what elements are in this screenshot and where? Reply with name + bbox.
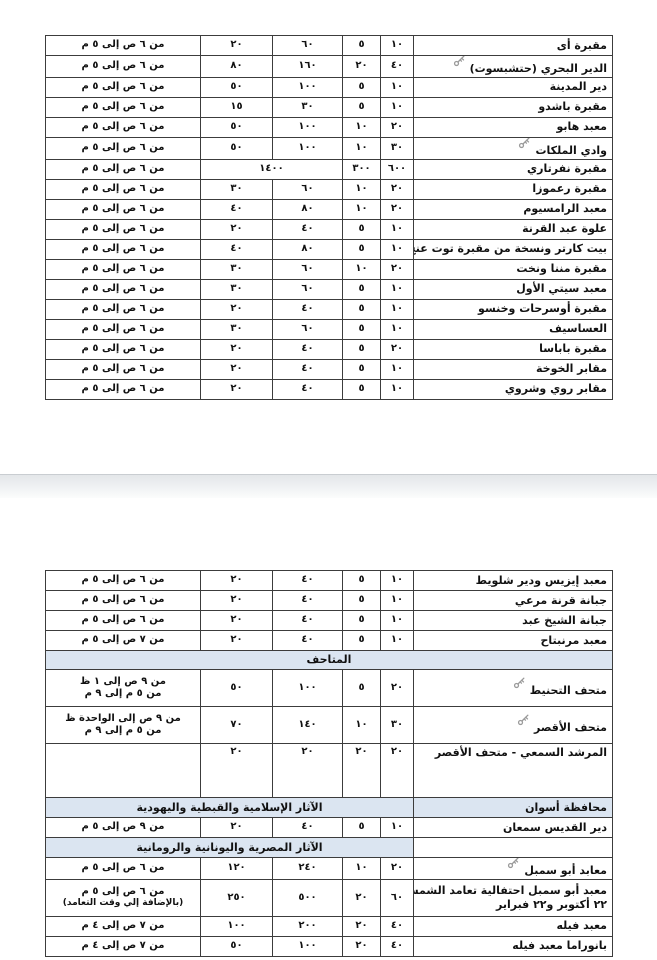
price-cell-egyptian: ٢٠ [381,179,414,199]
site-name-cell: جبانة الشيخ عبد [414,611,613,631]
price-row: معبد فيله٤٠٢٠٢٠٠١٠٠من ٧ ص إلى ٤ م [46,916,613,936]
site-name-line: معبد أبو سمبل احتفالية تعامد الشمس [416,884,607,898]
price-cell-egyptian-student: ٢٠ [343,916,381,936]
price-cell-egyptian-student: ٥ [343,339,381,359]
opening-hours-cell: من ٦ ص إلى ٥ م [46,611,201,631]
site-name: المرشد السمعي - متحف الأقصر [435,746,607,759]
site-name: معابد أبو سمبل [524,864,607,877]
site-name-cell: دير المدينة [414,77,613,97]
site-name-cell: جبانة قرنة مرعي [414,591,613,611]
key-icon [517,713,530,726]
site-name: بانوراما معبد فيله [512,939,607,952]
price-cell-egyptian-student: ٥ [343,379,381,399]
time-line: من ٦ ص إلى ٥ م [48,614,198,627]
site-name: معبد سيتي الأول [516,282,607,295]
price-cell-egyptian: ٦٠ [381,879,414,916]
price-cell-foreigner-student: ١٢٠ [201,858,273,880]
price-cell-foreigner-student: ٢٠ [201,339,273,359]
price-cell-egyptian: ٢٠ [381,339,414,359]
price-cell-foreigner: ٤٠ [273,299,343,319]
price-cell-foreigner: ٤٠ [273,339,343,359]
time-line: من ٥ م إلى ٩ م [48,688,198,701]
time-line: من ٦ ص إلى ٥ م [48,101,198,114]
price-cell-foreigner: ٨٠ [273,239,343,259]
price-cell-foreigner: ٤٠ [273,611,343,631]
price-cell-foreigner: ٤٠ [273,219,343,239]
price-cell-foreigner-student: ٧٠ [201,707,273,744]
time-line: من ٦ ص إلى ٥ م [48,142,198,155]
price-cell-foreigner: ١٠٠ [273,77,343,97]
price-cell-egyptian: ١٠ [381,379,414,399]
price-cell-egyptian: ٢٠ [381,744,414,798]
price-cell-egyptian: ١٠ [381,818,414,838]
price-row: مقبرة باباسا٢٠٥٤٠٢٠من ٦ ص إلى ٥ م [46,339,613,359]
price-cell-foreigner-student: ٣٠ [201,279,273,299]
opening-hours-cell: من ٦ ص إلى ٥ م [46,159,201,179]
price-cell-egyptian: ١٠ [381,319,414,339]
site-name-cell: مقبرة باشدو [414,97,613,117]
price-row: دير المدينة١٠٥١٠٠٥٠من ٦ ص إلى ٥ م [46,77,613,97]
time-line: (بالإضافة إلي وقت التعامد) [48,898,198,909]
opening-hours-cell: من ٦ ص إلى ٥ م [46,339,201,359]
opening-hours-cell: من ٦ ص إلى ٥ م [46,299,201,319]
section-header-row: محافظة أسوانالآثار الإسلامية والقبطية وا… [46,798,613,818]
price-cell-foreigner-student: ٢٠ [201,379,273,399]
opening-hours-cell: من ٧ ص إلى ٤ م [46,916,201,936]
opening-hours-cell: من ٦ ص إلى ٥ م [46,219,201,239]
opening-hours-cell: من ٦ ص إلى ٥ م [46,117,201,137]
price-cell-egyptian-student: ٥ [343,299,381,319]
price-row: معبد سيتي الأول١٠٥٦٠٣٠من ٦ ص إلى ٥ م [46,279,613,299]
opening-hours-cell: من ٦ ص إلى ٥ م [46,279,201,299]
price-cell-egyptian-student: ٥ [343,239,381,259]
price-cell-egyptian-student: ٥ [343,818,381,838]
site-name-cell: معبد سيتي الأول [414,279,613,299]
price-row: جبانة الشيخ عبد١٠٥٤٠٢٠من ٦ ص إلى ٥ م [46,611,613,631]
price-cell-egyptian-student: ١٠ [343,117,381,137]
site-name-cell: بانوراما معبد فيله [414,936,613,956]
price-row: معبد أبو سمبل احتفالية تعامد الشمس٢٢ أكت… [46,879,613,916]
price-cell-egyptian-student: ٥ [343,279,381,299]
site-name: جبانة قرنة مرعي [515,594,607,607]
site-name: مقابر روي وشروي [505,382,607,395]
time-line: من ٦ ص إلى ٥ م [48,574,198,587]
opening-hours-cell: من ٦ ص إلى ٥ م [46,239,201,259]
price-cell-foreigner: ٦٠ [273,179,343,199]
time-line: من ٦ ص إلى ٥ م [48,283,198,296]
price-row: مقبرة أى١٠٥٦٠٢٠من ٦ ص إلى ٥ م [46,36,613,56]
price-cell-foreigner-student: ٢٠ [201,571,273,591]
opening-hours-cell: من ٦ ص إلى ٥ م [46,179,201,199]
site-name-cell: متحف التحنيط [414,670,613,707]
site-name: علوة عبد القرنة [522,222,607,235]
site-name: بيت كارتر ونسخة من مقبرة توت عنخ آمون [414,242,608,255]
price-cell-egyptian: ١٠ [381,359,414,379]
price-cell-foreigner-student: ٢٠ [201,36,273,56]
price-cell-egyptian: ١٠ [381,219,414,239]
price-cell-foreigner: ٢٠ [273,744,343,798]
site-name: الدير البحري (حتشبسوت) [470,62,607,75]
site-name-line: ٢٢ أكتوبر و٢٢ فبراير [416,898,607,912]
price-cell-foreigner: ٨٠ [273,199,343,219]
price-cell-egyptian-student: ٢٠ [343,879,381,916]
price-cell-foreigner: ٤٠ [273,631,343,651]
key-icon [507,858,520,870]
opening-hours-cell: من ٦ ص إلى ٥ م [46,199,201,219]
site-name-cell: وادي الملكات [414,137,613,159]
price-cell-foreigner: ٤٠ [273,379,343,399]
site-name: مقبرة باشدو [538,100,607,113]
time-line: من ٦ ص إلى ٥ م [48,343,198,356]
price-cell-egyptian: ١٠ [381,77,414,97]
site-name: العساسيف [549,322,607,335]
price-cell-foreigner-student: ٢٠ [201,359,273,379]
price-cell-foreigner: ٤٠ [273,591,343,611]
opening-hours-cell [46,744,201,798]
price-cell-foreigner: ٤٠ [273,359,343,379]
price-cell-egyptian-student: ٥ [343,611,381,631]
price-cell-egyptian: ٤٠ [381,56,414,78]
price-cell-egyptian: ١٠ [381,239,414,259]
price-cell-foreigner-student: ٢٠ [201,299,273,319]
price-cell-egyptian-student: ٥ [343,36,381,56]
price-cell-foreigner-student: ٣٠ [201,259,273,279]
opening-hours-cell: من ٦ ص إلى ٥ م [46,858,201,880]
price-cell-egyptian-student: ٥ [343,219,381,239]
price-cell-foreigner-student: ٢٥٠ [201,879,273,916]
site-name-cell: مقبرة باباسا [414,339,613,359]
price-cell-egyptian-student: ٥ [343,77,381,97]
time-line: من ٦ ص إلى ٥ م [48,323,198,336]
price-cell-foreigner-student: ٢٠ [201,591,273,611]
price-cell-egyptian: ٤٠ [381,936,414,956]
price-cell-foreigner-student: ٢٠ [201,631,273,651]
price-cell-egyptian-student: ١٠ [343,137,381,159]
opening-hours-cell: من ٦ ص إلى ٥ م [46,259,201,279]
opening-hours-cell: من ٧ ص إلى ٥ م [46,631,201,651]
time-line: من ٦ ص إلى ٥ م [48,60,198,73]
price-cell-egyptian: ٢٠ [381,117,414,137]
site-name-cell: معبد الرامسيوم [414,199,613,219]
price-cell-egyptian-student: ٥ [343,591,381,611]
price-cell-egyptian-student: ٢٠ [343,744,381,798]
site-name: مقبرة أى [557,39,607,52]
site-name: متحف الأقصر [534,721,607,734]
price-cell-foreigner: ١٠٠ [273,117,343,137]
price-row: معبد الرامسيوم٢٠١٠٨٠٤٠من ٦ ص إلى ٥ م [46,199,613,219]
price-cell-foreigner: ٢٤٠ [273,858,343,880]
site-name-cell: مقابر الخوخة [414,359,613,379]
price-cell-egyptian-student: ٢٠ [343,936,381,956]
site-name-cell: بيت كارتر ونسخة من مقبرة توت عنخ آمون [414,239,613,259]
time-line: من ٦ ص إلى ٥ م [48,39,198,52]
price-row: علوة عبد القرنة١٠٥٤٠٢٠من ٦ ص إلى ٥ م [46,219,613,239]
price-cell-foreigner: ٦٠ [273,279,343,299]
price-cell-foreigner-student: ٥٠ [201,117,273,137]
site-name: دير المدينة [550,80,607,93]
section-header-cell: المتاحف [46,651,613,670]
site-name: معبد هابو [557,120,607,133]
price-cell-foreigner-student: ٥٠ [201,137,273,159]
site-name-cell: مقابر روي وشروي [414,379,613,399]
empty-name-cell [414,838,613,858]
price-cell-foreigner-student: ٥٠ [201,670,273,707]
price-cell-egyptian: ١٠ [381,97,414,117]
price-row: مقبرة نفرتاري٦٠٠٣٠٠١٤٠٠من ٦ ص إلى ٥ م [46,159,613,179]
price-cell-egyptian-student: ٥ [343,319,381,339]
price-cell-egyptian: ١٠ [381,631,414,651]
price-cell-foreigner: ١٦٠ [273,56,343,78]
opening-hours-cell: من ٦ ص إلى ٥ م [46,591,201,611]
price-row: معابد أبو سمبل٢٠١٠٢٤٠١٢٠من ٦ ص إلى ٥ م [46,858,613,880]
site-name-cell: مقبرة رعموزا [414,179,613,199]
price-cell-egyptian: ٣٠ [381,137,414,159]
price-cell-egyptian-student: ١٠ [343,179,381,199]
price-cell-foreigner: ٦٠ [273,36,343,56]
price-cell-foreigner: ٥٠٠ [273,879,343,916]
section-header-cell: الآثار الإسلامية والقبطية واليهودية [46,798,414,818]
time-line: من ٦ ص إلى ٥ م [48,183,198,196]
price-cell-foreigner: ٤٠ [273,571,343,591]
price-cell-foreigner-student: ٥٠ [201,936,273,956]
time-line: من ٦ ص إلى ٥ م [48,203,198,216]
price-row: متحف الأقصر٣٠١٠١٤٠٧٠من ٩ ص إلى الواحدة ظ… [46,707,613,744]
opening-hours-cell: من ٦ ص إلى ٥ م [46,319,201,339]
price-cell-foreigner: ١٠٠ [273,936,343,956]
price-row: معبد هابو٢٠١٠١٠٠٥٠من ٦ ص إلى ٥ م [46,117,613,137]
opening-hours-cell: من ٧ ص إلى ٤ م [46,936,201,956]
price-row: مقابر الخوخة١٠٥٤٠٢٠من ٦ ص إلى ٥ م [46,359,613,379]
price-row: بانوراما معبد فيله٤٠٢٠١٠٠٥٠من ٧ ص إلى ٤ … [46,936,613,956]
price-row: معبد مرنبتاح١٠٥٤٠٢٠من ٧ ص إلى ٥ م [46,631,613,651]
price-cell-egyptian-student: ١٠ [343,858,381,880]
time-line: من ٧ ص إلى ٤ م [48,940,198,953]
price-row: مقبرة مننا ونخت٢٠١٠٦٠٣٠من ٦ ص إلى ٥ م [46,259,613,279]
price-row: جبانة قرنة مرعي١٠٥٤٠٢٠من ٦ ص إلى ٥ م [46,591,613,611]
site-name: مقبرة مننا ونخت [516,262,607,275]
price-cell-egyptian: ١٠ [381,299,414,319]
site-name: معبد مرنبتاح [540,634,607,647]
time-line: من ٦ ص إلى ٥ م [48,594,198,607]
site-name-cell: معبد أبو سمبل احتفالية تعامد الشمس٢٢ أكت… [414,879,613,916]
price-cell-foreigner: ٦٠ [273,259,343,279]
price-cell-foreigner-student: ٢٠ [201,818,273,838]
site-name-cell: العساسيف [414,319,613,339]
price-cell-egyptian: ٤٠ [381,916,414,936]
time-line: من ٦ ص إلى ٥ م [48,81,198,94]
site-name: مقبرة رعموزا [532,182,607,195]
page-break-band [0,474,657,498]
price-row: المرشد السمعي - متحف الأقصر٢٠٢٠٢٠٢٠ [46,744,613,798]
price-cell-foreigner: ٢٠٠ [273,916,343,936]
price-cell-egyptian-student: ١٠ [343,707,381,744]
opening-hours-cell: من ٦ ص إلى ٥ م [46,36,201,56]
price-cell-egyptian: ٢٠ [381,670,414,707]
opening-hours-cell: من ٦ ص إلى ٥ م [46,571,201,591]
key-icon [518,137,531,149]
price-cell-egyptian-student: ٣٠٠ [343,159,381,179]
price-cell-foreigner: ١٤٠ [273,707,343,744]
site-name-cell: دير القديس سمعان [414,818,613,838]
price-cell-foreigner: ٤٠ [273,818,343,838]
price-cell-egyptian: ٢٠ [381,199,414,219]
site-name-cell: علوة عبد القرنة [414,219,613,239]
site-name: مقبرة نفرتاري [527,162,607,175]
opening-hours-cell: من ٦ ص إلى ٥ م [46,359,201,379]
price-cell-egyptian: ١٠ [381,279,414,299]
key-icon [453,56,466,68]
key-icon [513,676,526,689]
site-name: معبد إيزيس ودير شلويط [476,574,607,587]
price-cell-foreigner-merged: ١٤٠٠ [201,159,343,179]
opening-hours-cell: من ٦ ص إلى ٥ م [46,379,201,399]
site-name: مقبرة باباسا [539,342,607,355]
site-name-cell: معبد إيزيس ودير شلويط [414,571,613,591]
time-line: من ٦ ص إلى ٥ م [48,223,198,236]
price-row: متحف التحنيط٢٠٥١٠٠٥٠من ٩ ص إلى ١ ظمن ٥ م… [46,670,613,707]
time-line: من ٧ ص إلى ٥ م [48,634,198,647]
price-cell-egyptian-student: ٥ [343,359,381,379]
price-cell-foreigner: ٦٠ [273,319,343,339]
time-line: من ٦ ص إلى ٥ م [48,862,198,875]
price-cell-foreigner: ٣٠ [273,97,343,117]
price-cell-foreigner-student: ٨٠ [201,56,273,78]
site-name-cell: معابد أبو سمبل [414,858,613,880]
time-line: من ٥ م إلى ٩ م [48,725,198,738]
opening-hours-cell: من ٦ ص إلى ٥ م [46,77,201,97]
time-line: من ٧ ص إلى ٤ م [48,920,198,933]
site-name-cell: مقبرة أوسرحات وخنسو [414,299,613,319]
site-name-cell: معبد مرنبتاح [414,631,613,651]
site-name-cell: المرشد السمعي - متحف الأقصر [414,744,613,798]
opening-hours-cell: من ٩ ص إلى ١ ظمن ٥ م إلى ٩ م [46,670,201,707]
site-name-cell: معبد فيله [414,916,613,936]
price-row: العساسيف١٠٥٦٠٣٠من ٦ ص إلى ٥ م [46,319,613,339]
price-cell-egyptian: ٣٠ [381,707,414,744]
price-cell-foreigner-student: ٢٠ [201,611,273,631]
opening-hours-cell: من ٦ ص إلى ٥ م [46,137,201,159]
scanned-price-document: { "colors": { "section_bg": "#dbe5f1", "… [0,0,657,960]
price-cell-foreigner-student: ٤٠ [201,239,273,259]
site-name: معبد الرامسيوم [523,202,607,215]
site-name-cell: مقبرة نفرتاري [414,159,613,179]
price-cell-egyptian: ١٠ [381,571,414,591]
section-header-row: المتاحف [46,651,613,670]
price-row: مقبرة رعموزا٢٠١٠٦٠٣٠من ٦ ص إلى ٥ م [46,179,613,199]
price-row: بيت كارتر ونسخة من مقبرة توت عنخ آمون١٠٥… [46,239,613,259]
price-row: دير القديس سمعان١٠٥٤٠٢٠من ٩ ص إلى ٥ م [46,818,613,838]
price-row: مقابر روي وشروي١٠٥٤٠٢٠من ٦ ص إلى ٥ م [46,379,613,399]
price-cell-egyptian-student: ٥ [343,97,381,117]
section-header-cell: الآثار المصرية واليونانية والرومانية [46,838,414,858]
price-cell-foreigner-student: ٢٠ [201,219,273,239]
price-cell-foreigner-student: ٣٠ [201,179,273,199]
price-cell-egyptian: ١٠ [381,591,414,611]
price-cell-egyptian-student: ٥ [343,571,381,591]
price-cell-egyptian: ١٠ [381,36,414,56]
luxor-sites-price-table: مقبرة أى١٠٥٦٠٢٠من ٦ ص إلى ٥ مالدير البحر… [45,35,613,400]
price-cell-egyptian-student: ١٠ [343,199,381,219]
price-cell-egyptian: ١٠ [381,611,414,631]
time-line: من ٦ ص إلى ٥ م [48,383,198,396]
site-name: متحف التحنيط [530,684,607,697]
aswan-sites-price-table: معبد إيزيس ودير شلويط١٠٥٤٠٢٠من ٦ ص إلى ٥… [45,570,613,957]
price-row: معبد إيزيس ودير شلويط١٠٥٤٠٢٠من ٦ ص إلى ٥… [46,571,613,591]
time-line: من ٦ ص إلى ٥ م [48,243,198,256]
time-line: من ٦ ص إلى ٥ م [48,303,198,316]
site-name: وادي الملكات [535,144,607,157]
time-line: من ٦ ص إلى ٥ م [48,263,198,276]
price-cell-foreigner: ١٠٠ [273,670,343,707]
price-cell-egyptian: ٢٠ [381,259,414,279]
opening-hours-cell: من ٦ ص إلى ٥ م [46,56,201,78]
price-cell-egyptian: ٢٠ [381,858,414,880]
price-cell-egyptian: ٦٠٠ [381,159,414,179]
price-row: الدير البحري (حتشبسوت)٤٠٢٠١٦٠٨٠من ٦ ص إل… [46,56,613,78]
price-row: مقبرة أوسرحات وخنسو١٠٥٤٠٢٠من ٦ ص إلى ٥ م [46,299,613,319]
opening-hours-cell: من ٩ ص إلى ٥ م [46,818,201,838]
time-line: من ٩ ص إلى الواحدة ظ [48,713,198,726]
price-row: وادي الملكات٣٠١٠١٠٠٥٠من ٦ ص إلى ٥ م [46,137,613,159]
time-line: من ٦ ص إلى ٥ م [48,121,198,134]
price-cell-egyptian-student: ٥ [343,670,381,707]
time-line: من ٦ ص إلى ٥ م [48,886,198,899]
price-cell-egyptian-student: ٢٠ [343,56,381,78]
section-header-row: الآثار المصرية واليونانية والرومانية [46,838,613,858]
site-name: جبانة الشيخ عبد [522,614,607,627]
site-name-cell: معبد هابو [414,117,613,137]
price-cell-foreigner-student: ٤٠ [201,199,273,219]
site-name: معبد فيله [556,919,607,932]
price-cell-egyptian-student: ٥ [343,631,381,651]
opening-hours-cell: من ٩ ص إلى الواحدة ظمن ٥ م إلى ٩ م [46,707,201,744]
site-name-cell: الدير البحري (حتشبسوت) [414,56,613,78]
site-name-cell: مقبرة مننا ونخت [414,259,613,279]
price-cell-foreigner-student: ٢٠ [201,744,273,798]
site-name-cell: متحف الأقصر [414,707,613,744]
opening-hours-cell: من ٦ ص إلى ٥ م(بالإضافة إلي وقت التعامد) [46,879,201,916]
price-cell-foreigner-student: ٣٠ [201,319,273,339]
price-row: مقبرة باشدو١٠٥٣٠١٥من ٦ ص إلى ٥ م [46,97,613,117]
site-name: مقابر الخوخة [536,362,607,375]
price-cell-foreigner-student: ٥٠ [201,77,273,97]
site-name: مقبرة أوسرحات وخنسو [478,302,607,315]
price-cell-foreigner-student: ١٥ [201,97,273,117]
price-cell-egyptian-student: ١٠ [343,259,381,279]
opening-hours-cell: من ٦ ص إلى ٥ م [46,97,201,117]
site-name-cell: مقبرة أى [414,36,613,56]
time-line: من ٩ ص إلى ٥ م [48,821,198,834]
price-cell-foreigner-student: ١٠٠ [201,916,273,936]
site-name: دير القديس سمعان [503,821,607,834]
time-line: من ٦ ص إلى ٥ م [48,163,198,176]
time-line: من ٦ ص إلى ٥ م [48,363,198,376]
governorate-name-cell: محافظة أسوان [414,798,613,818]
time-line: من ٩ ص إلى ١ ظ [48,676,198,689]
price-cell-foreigner: ١٠٠ [273,137,343,159]
